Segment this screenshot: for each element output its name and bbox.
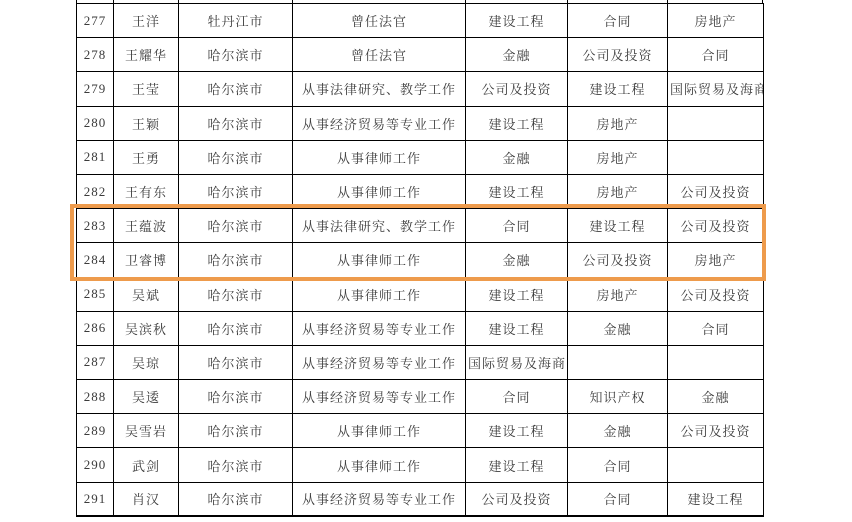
- cell-city: 哈尔滨市: [179, 380, 293, 414]
- cell-occupation: 从事经济贸易等专业工作: [293, 482, 466, 516]
- cell-field3: 合同: [668, 311, 764, 345]
- cell-field3: 建设工程: [668, 482, 764, 516]
- cell-name: 肖汉: [114, 482, 179, 516]
- table-row: 290武剑哈尔滨市从事律师工作建设工程合同: [77, 448, 764, 482]
- cell-field1: 合同: [466, 209, 568, 243]
- cell-field2: 公司及投资: [568, 38, 668, 72]
- cell-name: 吴雪岩: [114, 414, 179, 448]
- table-row: 281王勇哈尔滨市从事律师工作金融房地产: [77, 140, 764, 174]
- cell-city: 哈尔滨市: [179, 38, 293, 72]
- table-body: 277王洋牡丹江市曾任法官建设工程合同房地产278王耀华哈尔滨市曾任法官金融公司…: [77, 4, 764, 517]
- cell-field1: 金融: [466, 243, 568, 277]
- cell-number: 279: [77, 72, 114, 106]
- cell-field1: 国际贸易及海商: [466, 345, 568, 379]
- cell-occupation: 从事律师工作: [293, 448, 466, 482]
- cell-field3: 国际贸易及海商: [668, 72, 764, 106]
- cell-field3: [668, 448, 764, 482]
- cell-field1: 建设工程: [466, 277, 568, 311]
- cell-occupation: 从事经济贸易等专业工作: [293, 345, 466, 379]
- table-row: 280王颖哈尔滨市从事经济贸易等专业工作建设工程房地产: [77, 106, 764, 140]
- table-row: 286吴滨秋哈尔滨市从事经济贸易等专业工作建设工程金融合同: [77, 311, 764, 345]
- cell-field1: 公司及投资: [466, 72, 568, 106]
- cell-name: 王有东: [114, 174, 179, 208]
- cell-field2: 房地产: [568, 277, 668, 311]
- cell-city: 哈尔滨市: [179, 414, 293, 448]
- cell-number: 289: [77, 414, 114, 448]
- table-row: 278王耀华哈尔滨市曾任法官金融公司及投资合同: [77, 38, 764, 72]
- table-row: 289吴雪岩哈尔滨市从事律师工作建设工程金融公司及投资: [77, 414, 764, 448]
- cell-field1: 公司及投资: [466, 482, 568, 516]
- cell-field1: 建设工程: [466, 4, 568, 38]
- cell-field2: 建设工程: [568, 72, 668, 106]
- document-page: 277王洋牡丹江市曾任法官建设工程合同房地产278王耀华哈尔滨市曾任法官金融公司…: [0, 0, 852, 522]
- cell-name: 吴斌: [114, 277, 179, 311]
- cell-name: 卫睿博: [114, 243, 179, 277]
- cell-occupation: 从事律师工作: [293, 140, 466, 174]
- cell-field2: 房地产: [568, 106, 668, 140]
- cell-number: 277: [77, 4, 114, 38]
- cell-occupation: 从事经济贸易等专业工作: [293, 311, 466, 345]
- cell-city: 哈尔滨市: [179, 72, 293, 106]
- cell-name: 王莹: [114, 72, 179, 106]
- cell-number: 286: [77, 311, 114, 345]
- cell-field2: 金融: [568, 311, 668, 345]
- cell-field3: 金融: [668, 380, 764, 414]
- cell-occupation: 从事律师工作: [293, 414, 466, 448]
- cell-name: 吴滨秋: [114, 311, 179, 345]
- cell-number: 280: [77, 106, 114, 140]
- cell-number: 287: [77, 345, 114, 379]
- cell-field3: [668, 140, 764, 174]
- cell-city: 哈尔滨市: [179, 345, 293, 379]
- cell-field2: 建设工程: [568, 209, 668, 243]
- cell-field2: 公司及投资: [568, 243, 668, 277]
- cell-field3: 公司及投资: [668, 174, 764, 208]
- cell-name: 武剑: [114, 448, 179, 482]
- cell-field1: 金融: [466, 38, 568, 72]
- cell-number: 284: [77, 243, 114, 277]
- table-row: 284卫睿博哈尔滨市从事律师工作金融公司及投资房地产: [77, 243, 764, 277]
- cell-number: 278: [77, 38, 114, 72]
- cell-field2: 金融: [568, 414, 668, 448]
- cell-name: 吴琼: [114, 345, 179, 379]
- cell-city: 哈尔滨市: [179, 140, 293, 174]
- cell-occupation: 曾任法官: [293, 38, 466, 72]
- cell-city: 哈尔滨市: [179, 448, 293, 482]
- cell-occupation: 从事律师工作: [293, 277, 466, 311]
- cell-occupation: 从事律师工作: [293, 243, 466, 277]
- table-row: 283王蕴波哈尔滨市从事法律研究、教学工作合同建设工程公司及投资: [77, 209, 764, 243]
- cell-field1: 建设工程: [466, 448, 568, 482]
- cell-name: 王勇: [114, 140, 179, 174]
- lawyer-directory-table: 277王洋牡丹江市曾任法官建设工程合同房地产278王耀华哈尔滨市曾任法官金融公司…: [76, 3, 764, 517]
- cell-field3: 公司及投资: [668, 209, 764, 243]
- cell-field3: 房地产: [668, 4, 764, 38]
- cell-field1: 建设工程: [466, 106, 568, 140]
- cell-field2: 房地产: [568, 174, 668, 208]
- table-row: 288吴逶哈尔滨市从事经济贸易等专业工作合同知识产权金融: [77, 380, 764, 414]
- cell-field2: 合同: [568, 4, 668, 38]
- cell-city: 哈尔滨市: [179, 311, 293, 345]
- cell-field1: 金融: [466, 140, 568, 174]
- table-row: 282王有东哈尔滨市从事律师工作建设工程房地产公司及投资: [77, 174, 764, 208]
- cell-name: 王蕴波: [114, 209, 179, 243]
- cell-field2: 合同: [568, 448, 668, 482]
- cell-field3: 合同: [668, 38, 764, 72]
- table-row: 287吴琼哈尔滨市从事经济贸易等专业工作国际贸易及海商: [77, 345, 764, 379]
- cell-occupation: 从事法律研究、教学工作: [293, 209, 466, 243]
- cell-field3: [668, 345, 764, 379]
- cell-name: 王洋: [114, 4, 179, 38]
- cell-name: 王耀华: [114, 38, 179, 72]
- cell-field2: 房地产: [568, 140, 668, 174]
- cell-number: 288: [77, 380, 114, 414]
- cell-field2: [568, 345, 668, 379]
- cell-number: 281: [77, 140, 114, 174]
- cell-city: 哈尔滨市: [179, 243, 293, 277]
- cell-field3: 公司及投资: [668, 414, 764, 448]
- table-row: 279王莹哈尔滨市从事法律研究、教学工作公司及投资建设工程国际贸易及海商: [77, 72, 764, 106]
- cell-city: 哈尔滨市: [179, 209, 293, 243]
- cell-number: 283: [77, 209, 114, 243]
- cell-field3: [668, 106, 764, 140]
- cell-field1: 建设工程: [466, 311, 568, 345]
- cell-occupation: 从事律师工作: [293, 174, 466, 208]
- cell-occupation: 从事经济贸易等专业工作: [293, 380, 466, 414]
- cell-city: 牡丹江市: [179, 4, 293, 38]
- cell-field3: 公司及投资: [668, 277, 764, 311]
- cell-field2: 合同: [568, 482, 668, 516]
- cell-name: 吴逶: [114, 380, 179, 414]
- cell-field1: 合同: [466, 380, 568, 414]
- cell-field1: 建设工程: [466, 174, 568, 208]
- cell-field1: 建设工程: [466, 414, 568, 448]
- table-row: 285吴斌哈尔滨市从事律师工作建设工程房地产公司及投资: [77, 277, 764, 311]
- cell-city: 哈尔滨市: [179, 482, 293, 516]
- cell-number: 291: [77, 482, 114, 516]
- cell-occupation: 从事法律研究、教学工作: [293, 72, 466, 106]
- cell-occupation: 从事经济贸易等专业工作: [293, 106, 466, 140]
- cell-field2: 知识产权: [568, 380, 668, 414]
- table-row: 291肖汉哈尔滨市从事经济贸易等专业工作公司及投资合同建设工程: [77, 482, 764, 516]
- table-row: 277王洋牡丹江市曾任法官建设工程合同房地产: [77, 4, 764, 38]
- cell-city: 哈尔滨市: [179, 106, 293, 140]
- cell-name: 王颖: [114, 106, 179, 140]
- cell-number: 285: [77, 277, 114, 311]
- cell-city: 哈尔滨市: [179, 174, 293, 208]
- cell-field3: 房地产: [668, 243, 764, 277]
- cell-number: 282: [77, 174, 114, 208]
- cell-number: 290: [77, 448, 114, 482]
- cell-occupation: 曾任法官: [293, 4, 466, 38]
- cell-city: 哈尔滨市: [179, 277, 293, 311]
